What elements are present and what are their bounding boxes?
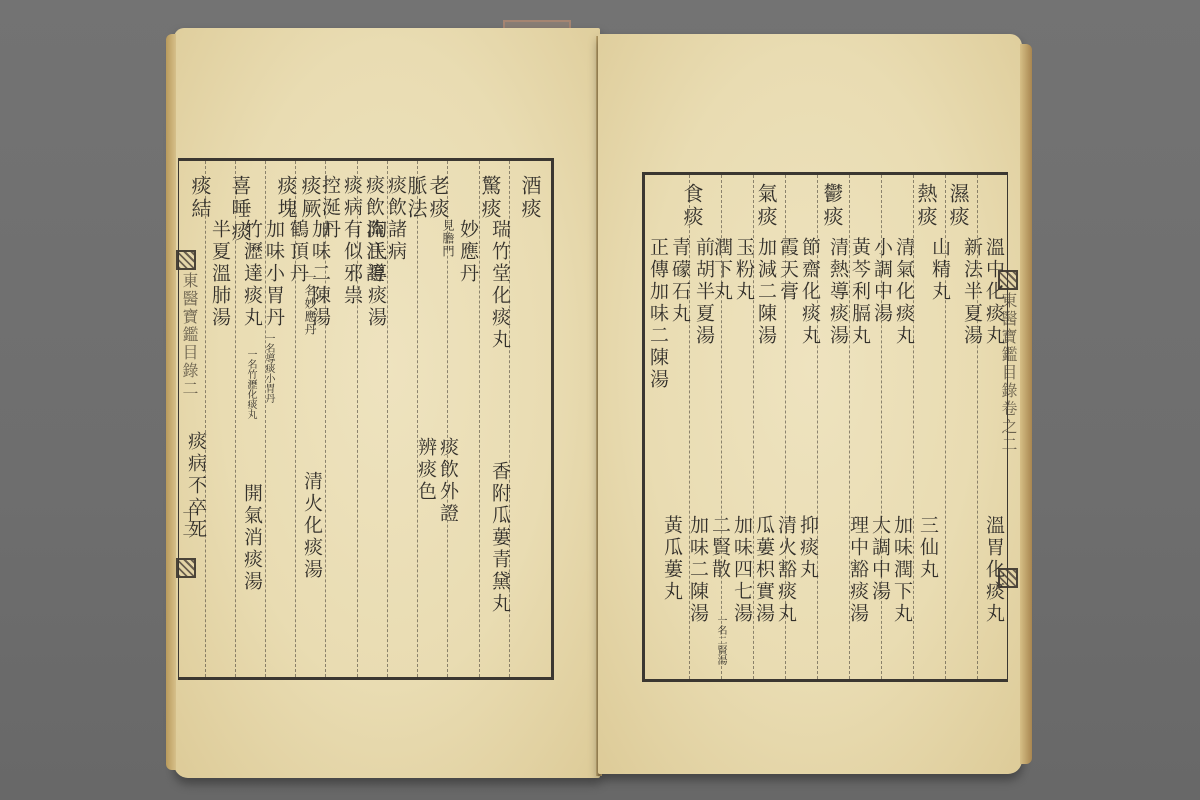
toc-entry: 三仙丸 <box>917 515 939 581</box>
toc-entry: 小調中湯 <box>871 237 893 325</box>
toc-entry: 節齋化痰丸 <box>799 237 821 347</box>
toc-note: 見膽門 <box>441 219 454 258</box>
toc-heading: 痰飲外證 <box>437 437 459 525</box>
toc-entry: 陶氏導痰湯 <box>365 219 387 329</box>
toc-entry: 黃瓜蔞丸 <box>661 515 683 603</box>
toc-note: 一名導痰小胃丹 <box>263 333 274 403</box>
toc-entry: 大調中湯 <box>869 515 891 603</box>
toc-heading: 氣痰 <box>755 183 777 229</box>
toc-entry: 清熱導痰湯 <box>827 237 849 347</box>
toc-entry: 加味四七湯 <box>731 515 753 625</box>
toc-entry: 清火化痰湯 <box>301 471 323 581</box>
toc-heading: 痰結 <box>189 175 211 221</box>
toc-heading: 辨痰色 <box>415 437 437 503</box>
toc-heading: 喜唾痰 <box>229 175 251 244</box>
toc-entry: 清氣化痰丸 <box>893 237 915 347</box>
toc-entry: 前胡半夏湯 <box>693 237 715 347</box>
toc-entry: 玉粉丸 <box>733 237 755 303</box>
toc-entry: 二賢散 <box>709 515 731 581</box>
toc-note: 一名二賢湯 <box>715 615 726 665</box>
toc-entry: 溫胃化痰丸 <box>983 515 1005 625</box>
toc-entry: 正傳加味二陳湯 <box>647 237 669 391</box>
toc-heading: 痰厥 <box>299 175 321 221</box>
toc-heading: 痰塊 <box>275 175 297 221</box>
toc-heading: 痰病不卒死 <box>185 431 207 541</box>
left-text-frame: 酒痰 瑞竹堂化痰丸 香附瓜蔞青黛丸 驚痰 妙應丹 見膽門 老痰 脈法 痰飲諸病 … <box>178 158 554 680</box>
toc-heading: 鬱痰 <box>821 183 843 229</box>
toc-heading: 痰病有似邪祟 <box>341 175 363 307</box>
toc-entry: 黃芩利膈丸 <box>849 237 871 347</box>
toc-heading: 驚痰 <box>479 175 501 221</box>
right-page: 東醫寶鑑目錄卷之二 溫中化痰丸 溫胃化痰丸 新法半夏湯 濕痰 山精丸 三仙丸 熱… <box>598 34 1022 774</box>
left-page: 東醫寶鑑目錄二 十二 酒痰 瑞竹堂化痰丸 香附瓜蔞青黛丸 驚痰 妙應丹 見膽門 … <box>174 28 600 778</box>
toc-entry: 山精丸 <box>929 237 951 303</box>
toc-entry: 清火豁痰丸 <box>775 515 797 625</box>
toc-entry: 加味二陳湯 <box>309 219 331 329</box>
toc-entry: 妙應丹 <box>457 219 479 285</box>
toc-entry: 新法半夏湯 <box>961 237 983 347</box>
toc-entry: 加減二陳湯 <box>755 237 777 347</box>
toc-entry: 霞天膏 <box>777 237 799 303</box>
toc-entry: 瓜蔞枳實湯 <box>753 515 775 625</box>
toc-entry: 香附瓜蔞青黛丸 <box>489 461 511 615</box>
toc-entry: 理中豁痰湯 <box>847 515 869 625</box>
toc-entry: 半夏溫肺湯 <box>209 219 231 329</box>
toc-heading: 熱痰 <box>915 183 937 229</box>
toc-note: 一名竹瀝化痰丸 <box>245 349 256 419</box>
toc-entry: 瑞竹堂化痰丸 <box>489 219 511 351</box>
toc-entry: 青礞石丸 <box>669 237 691 325</box>
toc-entry: 加味二陳湯 <box>687 515 709 625</box>
toc-heading: 濕痰 <box>947 183 969 229</box>
toc-entry: 鶴頂丹 <box>287 219 309 285</box>
toc-entry: 溫中化痰丸 <box>983 237 1005 347</box>
right-text-frame: 溫中化痰丸 溫胃化痰丸 新法半夏湯 濕痰 山精丸 三仙丸 熱痰 清氣化痰丸 加味… <box>642 172 1008 682</box>
toc-entry: 加味小胃丹 <box>263 219 285 329</box>
toc-heading: 老痰 <box>427 175 449 221</box>
toc-heading: 痰飲諸病 <box>385 175 407 263</box>
toc-heading: 食痰 <box>681 183 703 229</box>
toc-entry: 加味潤下丸 <box>891 515 913 625</box>
toc-heading: 酒痰 <box>519 175 541 221</box>
toc-heading: 脈法 <box>405 175 427 221</box>
toc-entry: 開氣消痰湯 <box>241 483 263 593</box>
toc-entry: 抑痰丸 <box>797 515 819 581</box>
